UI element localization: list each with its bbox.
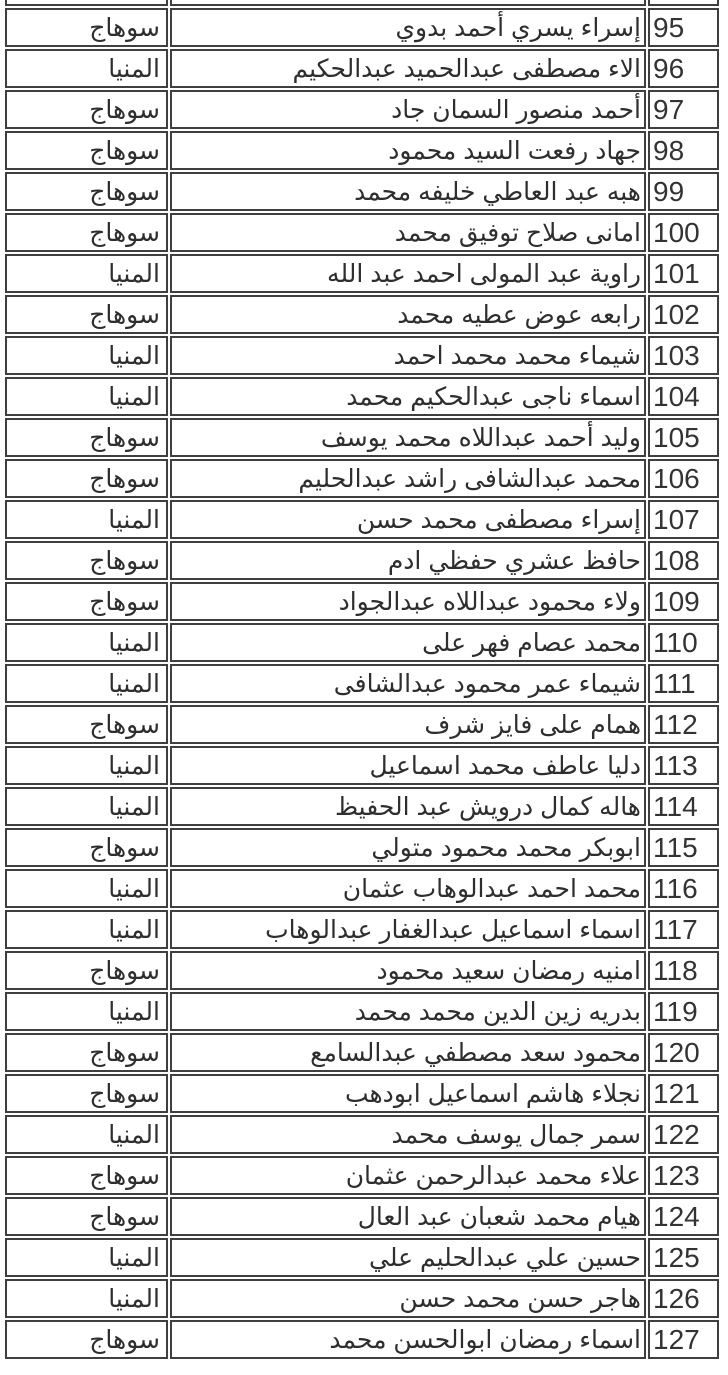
name-cell: رابعه عوض عطيه محمد bbox=[170, 295, 646, 334]
serial-cell: 112 bbox=[648, 705, 719, 744]
table-row: 127 اسماء رمضان ابوالحسن محمد سوهاج bbox=[5, 1320, 719, 1359]
governorate-cell: سوهاج bbox=[5, 295, 168, 334]
table-row: 124 هيام محمد شعبان عبد العال سوهاج bbox=[5, 1197, 719, 1236]
name-cell: هبه عبد العاطي خليفه محمد bbox=[170, 172, 646, 211]
serial-cell: 115 bbox=[648, 828, 719, 867]
serial-cell: 126 bbox=[648, 1279, 719, 1318]
table-row: 109 ولاء محمود عبداللاه عبدالجواد سوهاج bbox=[5, 582, 719, 621]
governorate-cell: سوهاج bbox=[5, 1033, 168, 1072]
table-row: 126 هاجر حسن محمد حسن المنيا bbox=[5, 1279, 719, 1318]
governorate-cell: المنيا bbox=[5, 992, 168, 1031]
governorate-cell: سوهاج bbox=[5, 172, 168, 211]
governorate-cell: المنيا bbox=[5, 910, 168, 949]
governorate-cell: سوهاج bbox=[5, 459, 168, 498]
serial-cell: 113 bbox=[648, 746, 719, 785]
table-row: 123 علاء محمد عبدالرحمن عثمان سوهاج bbox=[5, 1156, 719, 1195]
name-cell: وليد أحمد عبداللاه محمد يوسف bbox=[170, 418, 646, 457]
table-row: 120 محمود سعد مصطفي عبدالسامع سوهاج bbox=[5, 1033, 719, 1072]
governorate-cell: المنيا bbox=[5, 500, 168, 539]
table-row-partial bbox=[5, 0, 719, 6]
governorate-cell: المنيا bbox=[5, 254, 168, 293]
serial-cell: 118 bbox=[648, 951, 719, 990]
name-cell: هيام محمد شعبان عبد العال bbox=[170, 1197, 646, 1236]
serial-cell: 116 bbox=[648, 869, 719, 908]
name-cell: ولاء محمود عبداللاه عبدالجواد bbox=[170, 582, 646, 621]
table-row: 119 بدريه زين الدين محمد محمد المنيا bbox=[5, 992, 719, 1031]
table-row: 96 الاء مصطفى عبدالحميد عبدالحكيم المنيا bbox=[5, 49, 719, 88]
name-cell: محمد عبدالشافى راشد عبدالحليم bbox=[170, 459, 646, 498]
table-row: 125 حسين علي عبدالحليم علي المنيا bbox=[5, 1238, 719, 1277]
table-row: 100 امانى صلاح توفيق محمد سوهاج bbox=[5, 213, 719, 252]
serial-cell: 108 bbox=[648, 541, 719, 580]
table-row: 101 راوية عبد المولى احمد عبد الله المني… bbox=[5, 254, 719, 293]
governorate-cell: سوهاج bbox=[5, 90, 168, 129]
governorate-cell: سوهاج bbox=[5, 582, 168, 621]
governorate-cell: سوهاج bbox=[5, 131, 168, 170]
name-cell: هاله كمال درويش عبد الحفيظ bbox=[170, 787, 646, 826]
serial-cell: 97 bbox=[648, 90, 719, 129]
governorate-cell: سوهاج bbox=[5, 1156, 168, 1195]
table-row: 110 محمد عصام فهر على المنيا bbox=[5, 623, 719, 662]
name-cell: بدريه زين الدين محمد محمد bbox=[170, 992, 646, 1031]
governorate-cell: سوهاج bbox=[5, 541, 168, 580]
governorate-cell: المنيا bbox=[5, 336, 168, 375]
serial-cell: 99 bbox=[648, 172, 719, 211]
serial-cell: 122 bbox=[648, 1115, 719, 1154]
governorate-cell: المنيا bbox=[5, 746, 168, 785]
table-row: 95 إسراء يسري أحمد بدوي سوهاج bbox=[5, 8, 719, 47]
governorate-cell: سوهاج bbox=[5, 828, 168, 867]
table-row: 111 شيماء عمر محمود عبدالشافى المنيا bbox=[5, 664, 719, 703]
governorate-cell: سوهاج bbox=[5, 8, 168, 47]
table-row: 117 اسماء اسماعيل عبدالغفار عبدالوهاب ال… bbox=[5, 910, 719, 949]
governorate-cell: المنيا bbox=[5, 869, 168, 908]
table-row: 115 ابوبكر محمد محمود متولي سوهاج bbox=[5, 828, 719, 867]
governorate-cell: سوهاج bbox=[5, 1320, 168, 1359]
serial-cell: 124 bbox=[648, 1197, 719, 1236]
serial-cell: 96 bbox=[648, 49, 719, 88]
name-cell: علاء محمد عبدالرحمن عثمان bbox=[170, 1156, 646, 1195]
table-row: 102 رابعه عوض عطيه محمد سوهاج bbox=[5, 295, 719, 334]
table-body: 95 إسراء يسري أحمد بدوي سوهاج 96 الاء مص… bbox=[5, 0, 719, 1359]
name-cell: إسراء يسري أحمد بدوي bbox=[170, 8, 646, 47]
table-row: 106 محمد عبدالشافى راشد عبدالحليم سوهاج bbox=[5, 459, 719, 498]
governorate-cell: المنيا bbox=[5, 1238, 168, 1277]
serial-cell: 103 bbox=[648, 336, 719, 375]
serial-cell: 119 bbox=[648, 992, 719, 1031]
table-row: 121 نجلاء هاشم اسماعيل ابودهب سوهاج bbox=[5, 1074, 719, 1113]
serial-cell: 101 bbox=[648, 254, 719, 293]
serial-cell bbox=[648, 0, 719, 6]
table-row: 103 شيماء محمد محمد احمد المنيا bbox=[5, 336, 719, 375]
name-cell: هاجر حسن محمد حسن bbox=[170, 1279, 646, 1318]
name-cell: اسماء رمضان ابوالحسن محمد bbox=[170, 1320, 646, 1359]
governorate-cell: المنيا bbox=[5, 1279, 168, 1318]
serial-cell: 111 bbox=[648, 664, 719, 703]
table-row: 108 حافظ عشري حفظي ادم سوهاج bbox=[5, 541, 719, 580]
name-cell: امانى صلاح توفيق محمد bbox=[170, 213, 646, 252]
table-row: 122 سمر جمال يوسف محمد المنيا bbox=[5, 1115, 719, 1154]
name-cell: سمر جمال يوسف محمد bbox=[170, 1115, 646, 1154]
governorate-cell: المنيا bbox=[5, 664, 168, 703]
student-list-table: 95 إسراء يسري أحمد بدوي سوهاج 96 الاء مص… bbox=[3, 0, 721, 1361]
name-cell: اسماء ناجى عبدالحكيم محمد bbox=[170, 377, 646, 416]
serial-cell: 105 bbox=[648, 418, 719, 457]
governorate-cell: المنيا bbox=[5, 1115, 168, 1154]
name-cell: اسماء اسماعيل عبدالغفار عبدالوهاب bbox=[170, 910, 646, 949]
serial-cell: 109 bbox=[648, 582, 719, 621]
name-cell: جهاد رفعت السيد محمود bbox=[170, 131, 646, 170]
name-cell: راوية عبد المولى احمد عبد الله bbox=[170, 254, 646, 293]
table-row: 114 هاله كمال درويش عبد الحفيظ المنيا bbox=[5, 787, 719, 826]
serial-cell: 106 bbox=[648, 459, 719, 498]
serial-cell: 121 bbox=[648, 1074, 719, 1113]
name-cell: ابوبكر محمد محمود متولي bbox=[170, 828, 646, 867]
table-row: 112 همام على فايز شرف سوهاج bbox=[5, 705, 719, 744]
name-cell: إسراء مصطفى محمد حسن bbox=[170, 500, 646, 539]
governorate-cell: سوهاج bbox=[5, 213, 168, 252]
serial-cell: 100 bbox=[648, 213, 719, 252]
table-row: 118 امنيه رمضان سعيد محمود سوهاج bbox=[5, 951, 719, 990]
name-cell: محمود سعد مصطفي عبدالسامع bbox=[170, 1033, 646, 1072]
governorate-cell: سوهاج bbox=[5, 1197, 168, 1236]
governorate-cell: المنيا bbox=[5, 377, 168, 416]
table-row: 99 هبه عبد العاطي خليفه محمد سوهاج bbox=[5, 172, 719, 211]
governorate-cell: سوهاج bbox=[5, 1074, 168, 1113]
serial-cell: 95 bbox=[648, 8, 719, 47]
governorate-cell: سوهاج bbox=[5, 418, 168, 457]
governorate-cell: المنيا bbox=[5, 49, 168, 88]
name-cell: نجلاء هاشم اسماعيل ابودهب bbox=[170, 1074, 646, 1113]
governorate-cell: المنيا bbox=[5, 623, 168, 662]
table-row: 97 أحمد منصور السمان جاد سوهاج bbox=[5, 90, 719, 129]
serial-cell: 117 bbox=[648, 910, 719, 949]
governorate-cell bbox=[5, 0, 168, 6]
name-cell: دليا عاطف محمد اسماعيل bbox=[170, 746, 646, 785]
serial-cell: 102 bbox=[648, 295, 719, 334]
table-row: 104 اسماء ناجى عبدالحكيم محمد المنيا bbox=[5, 377, 719, 416]
table-row: 98 جهاد رفعت السيد محمود سوهاج bbox=[5, 131, 719, 170]
serial-cell: 125 bbox=[648, 1238, 719, 1277]
name-cell: الاء مصطفى عبدالحميد عبدالحكيم bbox=[170, 49, 646, 88]
serial-cell: 110 bbox=[648, 623, 719, 662]
name-cell: امنيه رمضان سعيد محمود bbox=[170, 951, 646, 990]
name-cell: أحمد منصور السمان جاد bbox=[170, 90, 646, 129]
governorate-cell: سوهاج bbox=[5, 951, 168, 990]
table-row: 107 إسراء مصطفى محمد حسن المنيا bbox=[5, 500, 719, 539]
name-cell: حافظ عشري حفظي ادم bbox=[170, 541, 646, 580]
serial-cell: 104 bbox=[648, 377, 719, 416]
page: 95 إسراء يسري أحمد بدوي سوهاج 96 الاء مص… bbox=[0, 0, 728, 1375]
name-cell: شيماء عمر محمود عبدالشافى bbox=[170, 664, 646, 703]
name-cell: همام على فايز شرف bbox=[170, 705, 646, 744]
name-cell: حسين علي عبدالحليم علي bbox=[170, 1238, 646, 1277]
serial-cell: 123 bbox=[648, 1156, 719, 1195]
name-cell: محمد عصام فهر على bbox=[170, 623, 646, 662]
name-cell: شيماء محمد محمد احمد bbox=[170, 336, 646, 375]
name-cell bbox=[170, 0, 646, 6]
name-cell: محمد احمد عبدالوهاب عثمان bbox=[170, 869, 646, 908]
serial-cell: 120 bbox=[648, 1033, 719, 1072]
serial-cell: 127 bbox=[648, 1320, 719, 1359]
serial-cell: 98 bbox=[648, 131, 719, 170]
serial-cell: 114 bbox=[648, 787, 719, 826]
table-row: 105 وليد أحمد عبداللاه محمد يوسف سوهاج bbox=[5, 418, 719, 457]
governorate-cell: سوهاج bbox=[5, 705, 168, 744]
table-row: 113 دليا عاطف محمد اسماعيل المنيا bbox=[5, 746, 719, 785]
serial-cell: 107 bbox=[648, 500, 719, 539]
table-row: 116 محمد احمد عبدالوهاب عثمان المنيا bbox=[5, 869, 719, 908]
governorate-cell: المنيا bbox=[5, 787, 168, 826]
